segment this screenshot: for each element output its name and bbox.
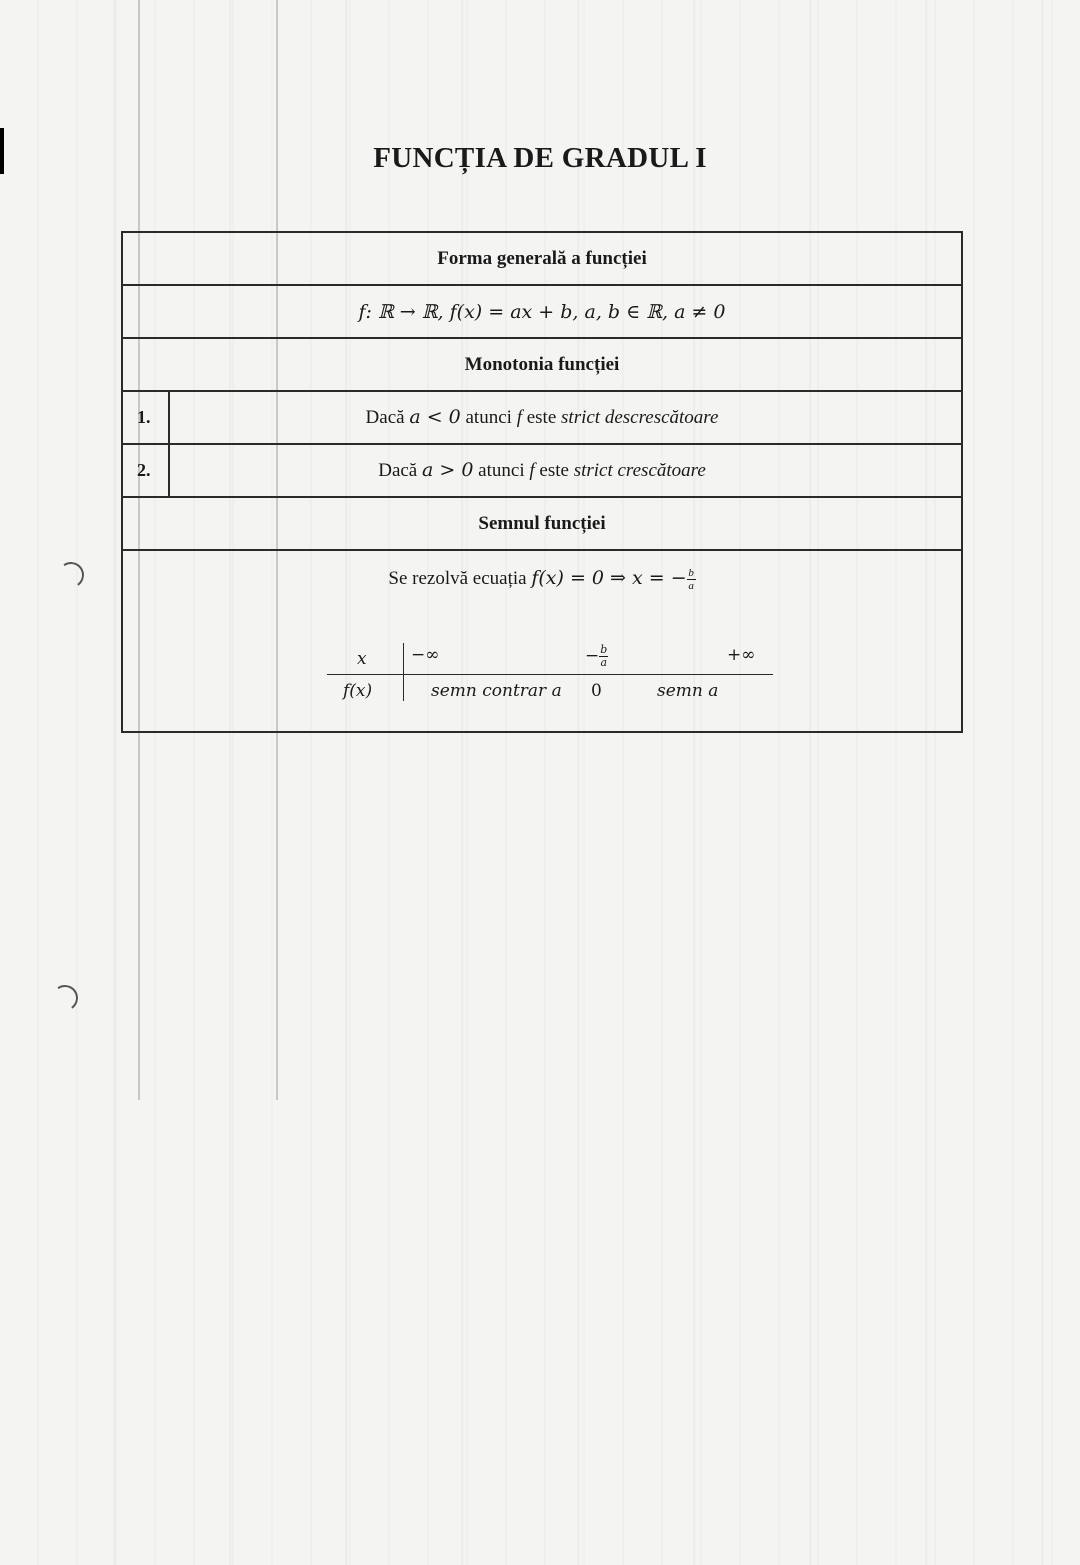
page-title: FUNCȚIA DE GRADUL I bbox=[0, 142, 1080, 175]
x-root: −ba bbox=[585, 645, 608, 668]
monotonicity-heading-row: Monotonia funcției bbox=[123, 339, 961, 392]
statement-verb: este bbox=[527, 407, 557, 428]
punch-hole-icon bbox=[50, 983, 80, 1013]
f-zero: 0 bbox=[591, 681, 602, 701]
monotonicity-item: 1. Dacă a < 0 atunci f este strict descr… bbox=[123, 392, 961, 445]
statement-result: strict descrescătoare bbox=[561, 407, 718, 428]
fraction-denominator: a bbox=[688, 581, 694, 591]
general-form-formula-row: f: ℝ → ℝ, f(x) = ax + b, a, b ∈ ℝ, a ≠ 0 bbox=[123, 286, 961, 339]
root-minus: − bbox=[585, 646, 599, 666]
summary-table: Forma generală a funcției f: ℝ → ℝ, f(x)… bbox=[121, 231, 963, 733]
sign-equation-line: Se rezolvă ecuația f(x) = 0 ⇒ x = −ba bbox=[123, 567, 961, 591]
statement-condition: a > 0 bbox=[422, 459, 473, 481]
monotonicity-heading: Monotonia funcției bbox=[465, 354, 620, 376]
statement-result: strict crescătoare bbox=[574, 460, 706, 481]
general-form-formula: f: ℝ → ℝ, f(x) = ax + b, a, b ∈ ℝ, a ≠ 0 bbox=[359, 301, 726, 323]
x-plus-infinity: +∞ bbox=[727, 645, 755, 665]
f-row-label: f(x) bbox=[343, 681, 372, 701]
statement-middle: atunci bbox=[478, 460, 524, 481]
monotonicity-item: 2. Dacă a > 0 atunci f este strict cresc… bbox=[123, 445, 961, 498]
statement-middle: atunci bbox=[466, 407, 512, 428]
equation-fraction: ba bbox=[687, 568, 696, 591]
root-numerator: b bbox=[600, 645, 607, 655]
sign-table-hline bbox=[327, 674, 773, 675]
general-form-heading-row: Forma generală a funcției bbox=[123, 233, 961, 286]
punch-hole-icon bbox=[56, 560, 86, 590]
sign-heading: Semnul funcției bbox=[478, 513, 605, 535]
root-denominator: a bbox=[600, 658, 607, 668]
item-number: 1. bbox=[123, 392, 170, 443]
fraction-numerator: b bbox=[688, 568, 694, 578]
sign-content: Se rezolvă ecuația f(x) = 0 ⇒ x = −ba x … bbox=[123, 551, 961, 731]
statement-prefix: Dacă bbox=[378, 460, 417, 481]
x-minus-infinity: −∞ bbox=[411, 645, 439, 665]
statement-subject: f bbox=[517, 407, 522, 428]
equation: f(x) = 0 ⇒ x = − bbox=[531, 567, 686, 589]
item-number: 2. bbox=[123, 445, 170, 496]
monotonicity-statement: Dacă a < 0 atunci f este strict descresc… bbox=[366, 406, 719, 429]
statement-verb: este bbox=[539, 460, 569, 481]
x-row-label: x bbox=[357, 649, 367, 669]
statement-subject: f bbox=[529, 460, 534, 481]
f-sign-right: semn a bbox=[657, 681, 718, 701]
statement-prefix: Dacă bbox=[366, 407, 405, 428]
f-sign-left: semn contrar a bbox=[431, 681, 562, 701]
general-form-heading: Forma generală a funcției bbox=[437, 248, 646, 270]
sign-heading-row: Semnul funcției bbox=[123, 498, 961, 551]
statement-condition: a < 0 bbox=[409, 406, 460, 428]
sign-table-vline bbox=[403, 643, 404, 701]
monotonicity-statement: Dacă a > 0 atunci f este strict crescăto… bbox=[378, 459, 706, 482]
sign-table: x f(x) −∞ −ba +∞ semn contrar a 0 semn a bbox=[327, 643, 773, 703]
equation-prefix: Se rezolvă ecuația bbox=[388, 568, 526, 589]
